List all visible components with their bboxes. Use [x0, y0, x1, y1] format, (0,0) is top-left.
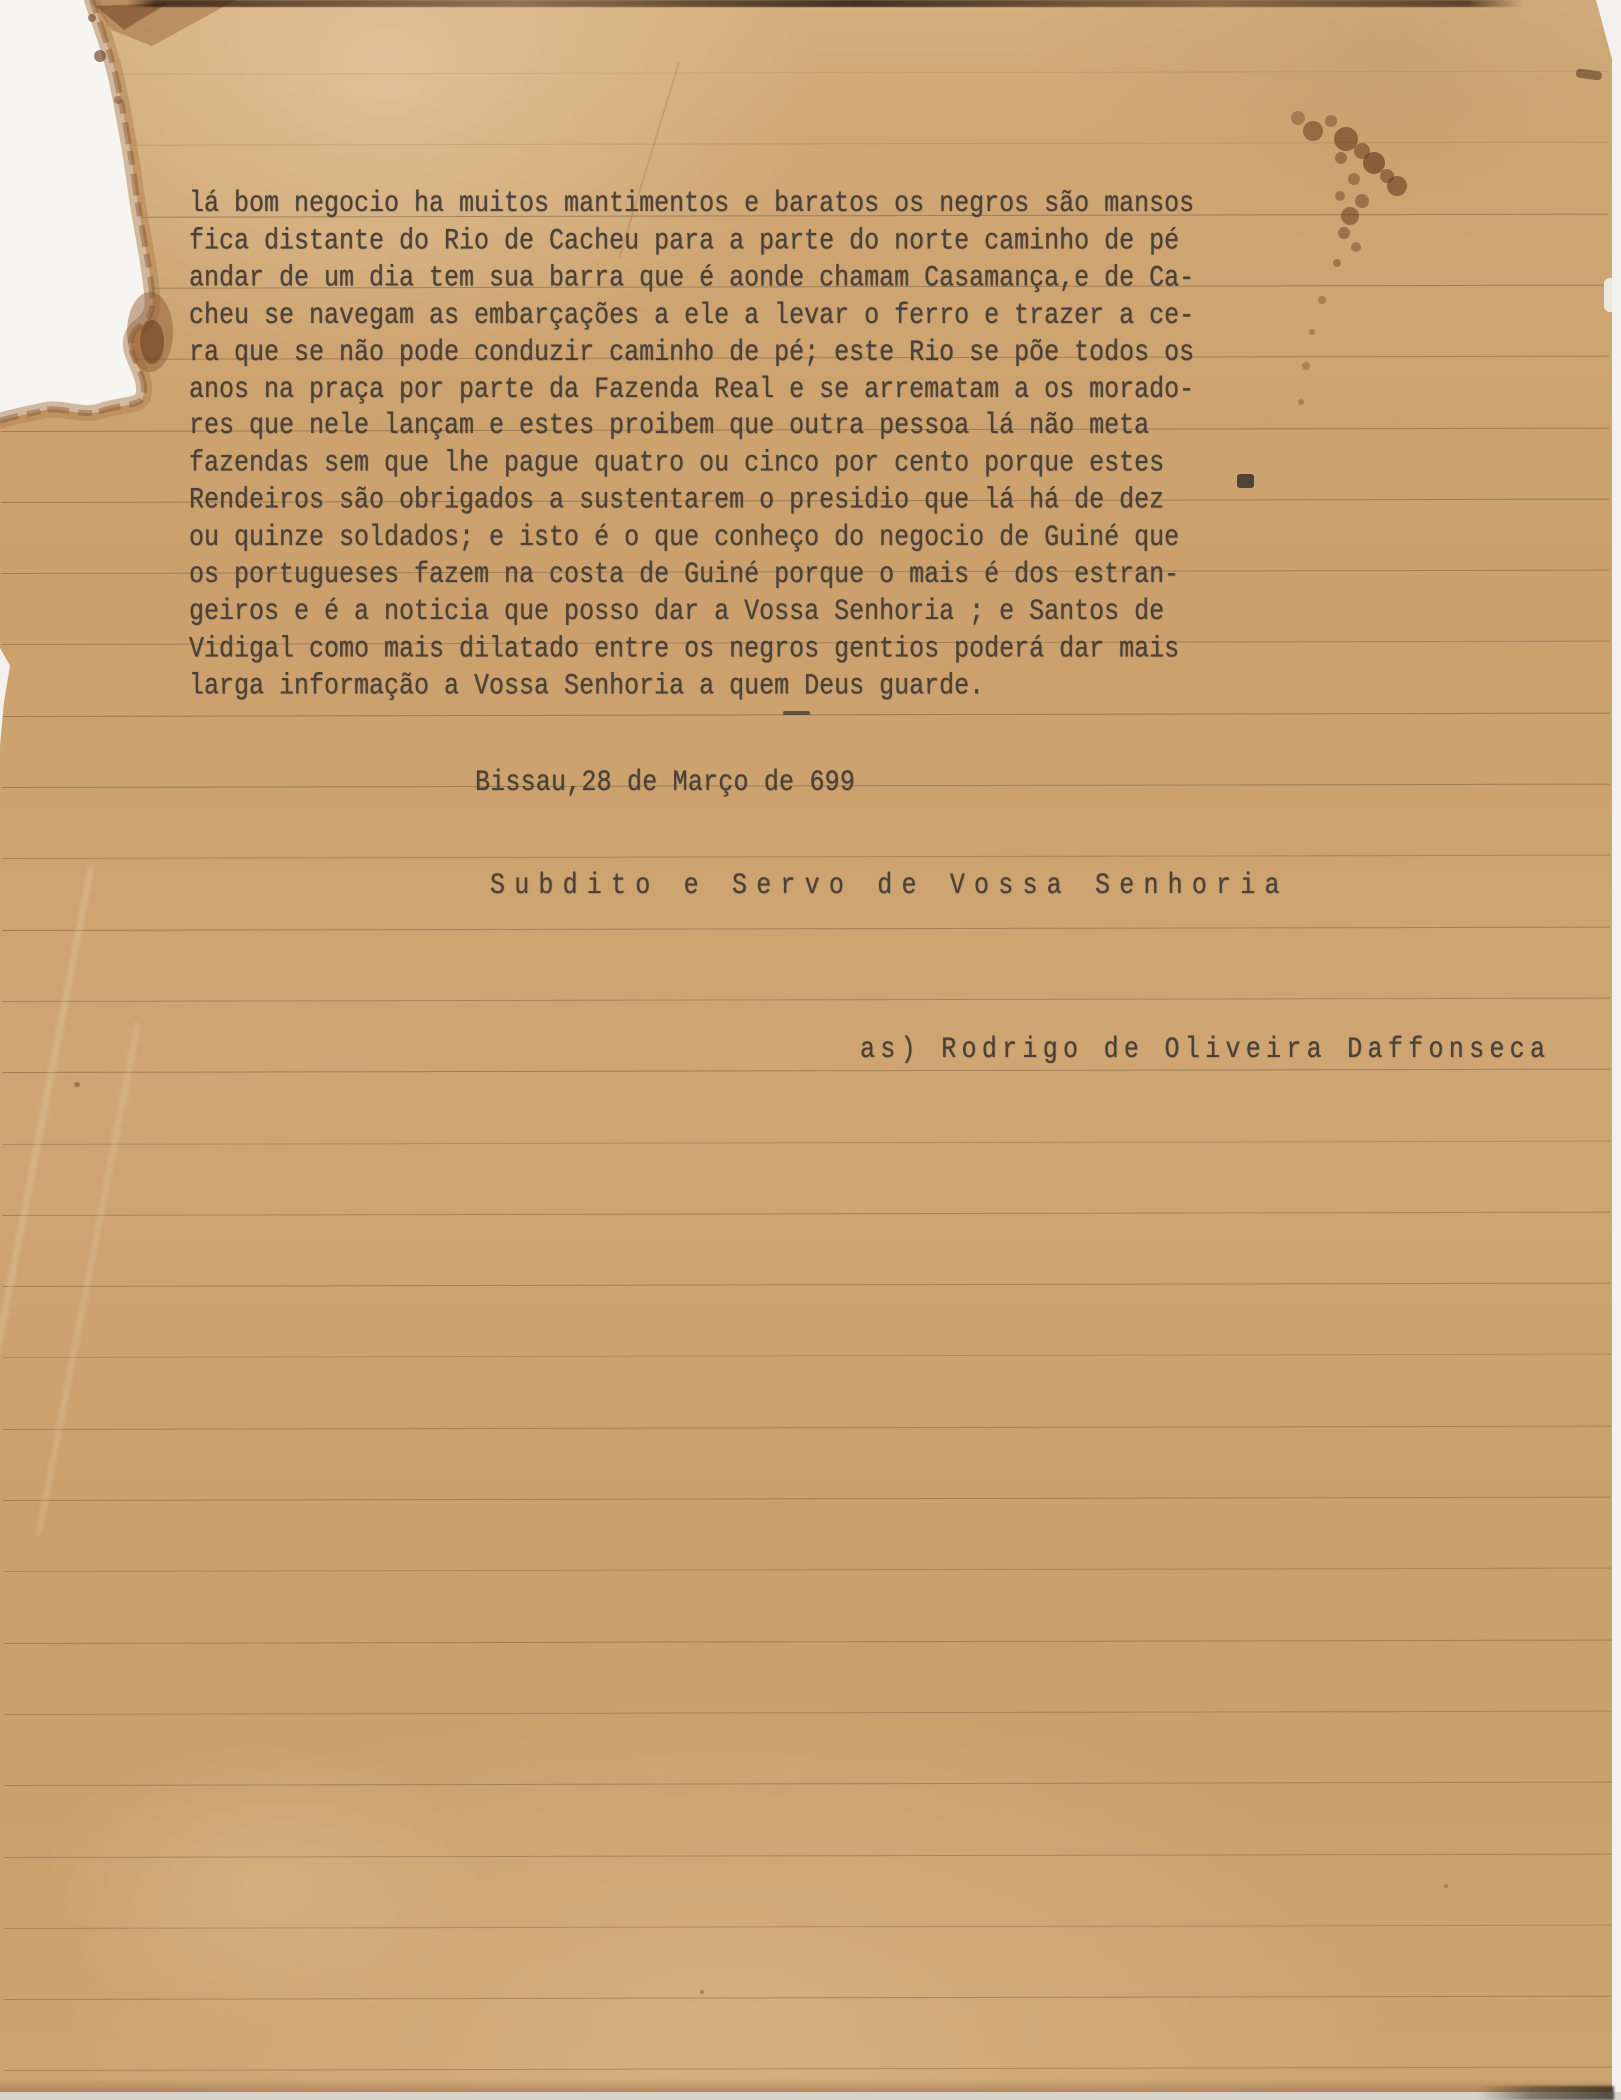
- ruled-line: [2, 1140, 1610, 1144]
- ruled-line: [2, 855, 1610, 859]
- paper-speck: [1444, 1884, 1448, 1888]
- edge-notch-right: [1604, 278, 1621, 312]
- ruled-line: [2, 1069, 1610, 1073]
- signature-line: as) Rodrigo de Oliveira Daffonseca: [860, 1032, 1550, 1067]
- scanned-letter-page: lá bom negocio ha muitos mantimentos e b…: [0, 0, 1621, 2100]
- paper-speck: [74, 1082, 80, 1087]
- dateline: Bissau,28 de Março de 699: [475, 765, 855, 800]
- torn-corner: [0, 0, 480, 460]
- ruled-line: [3, 1283, 1611, 1287]
- ruled-line: [3, 1211, 1611, 1215]
- ruled-line: [3, 1639, 1611, 1643]
- ruled-line: [3, 1568, 1611, 1572]
- ruled-line: [4, 1924, 1612, 1928]
- paper-top-edge: [128, 0, 1523, 7]
- paper-speck: [700, 1990, 704, 1994]
- ruled-line: [4, 1782, 1612, 1786]
- paper-bottom-edge: [0, 2079, 1612, 2092]
- ruled-line: [3, 1425, 1611, 1429]
- text-line: os portugueses fazem na costa de Guiné p…: [189, 557, 1194, 594]
- ruled-line: [4, 2067, 1612, 2071]
- text-line: larga informação a Vossa Senhoria a quem…: [189, 668, 1194, 705]
- ruled-line: [3, 1354, 1611, 1358]
- text-line: Vidigal como mais dilatado entre os negr…: [189, 631, 1194, 668]
- ruled-line: [3, 1497, 1611, 1501]
- ruled-line: [4, 1853, 1612, 1857]
- separator-dash: [783, 711, 810, 715]
- ruled-line: [4, 1711, 1612, 1715]
- valediction: Subdito e Servo de Vossa Senhoria: [490, 868, 1289, 903]
- ruled-line: [2, 926, 1610, 930]
- ruled-line: [4, 1996, 1612, 2000]
- text-line: ou quinze soldados; e isto é o que conhe…: [189, 520, 1194, 557]
- scanner-bed-bottom: [0, 2092, 1621, 2100]
- paper-sheet: lá bom negocio ha muitos mantimentos e b…: [0, 0, 1612, 2092]
- ruled-line: [2, 998, 1610, 1002]
- smudge-bottom-right: [1478, 2086, 1614, 2100]
- text-line: geiros e é a noticia que posso dar a Vos…: [189, 594, 1194, 631]
- scanner-bed-right: [1612, 0, 1621, 2100]
